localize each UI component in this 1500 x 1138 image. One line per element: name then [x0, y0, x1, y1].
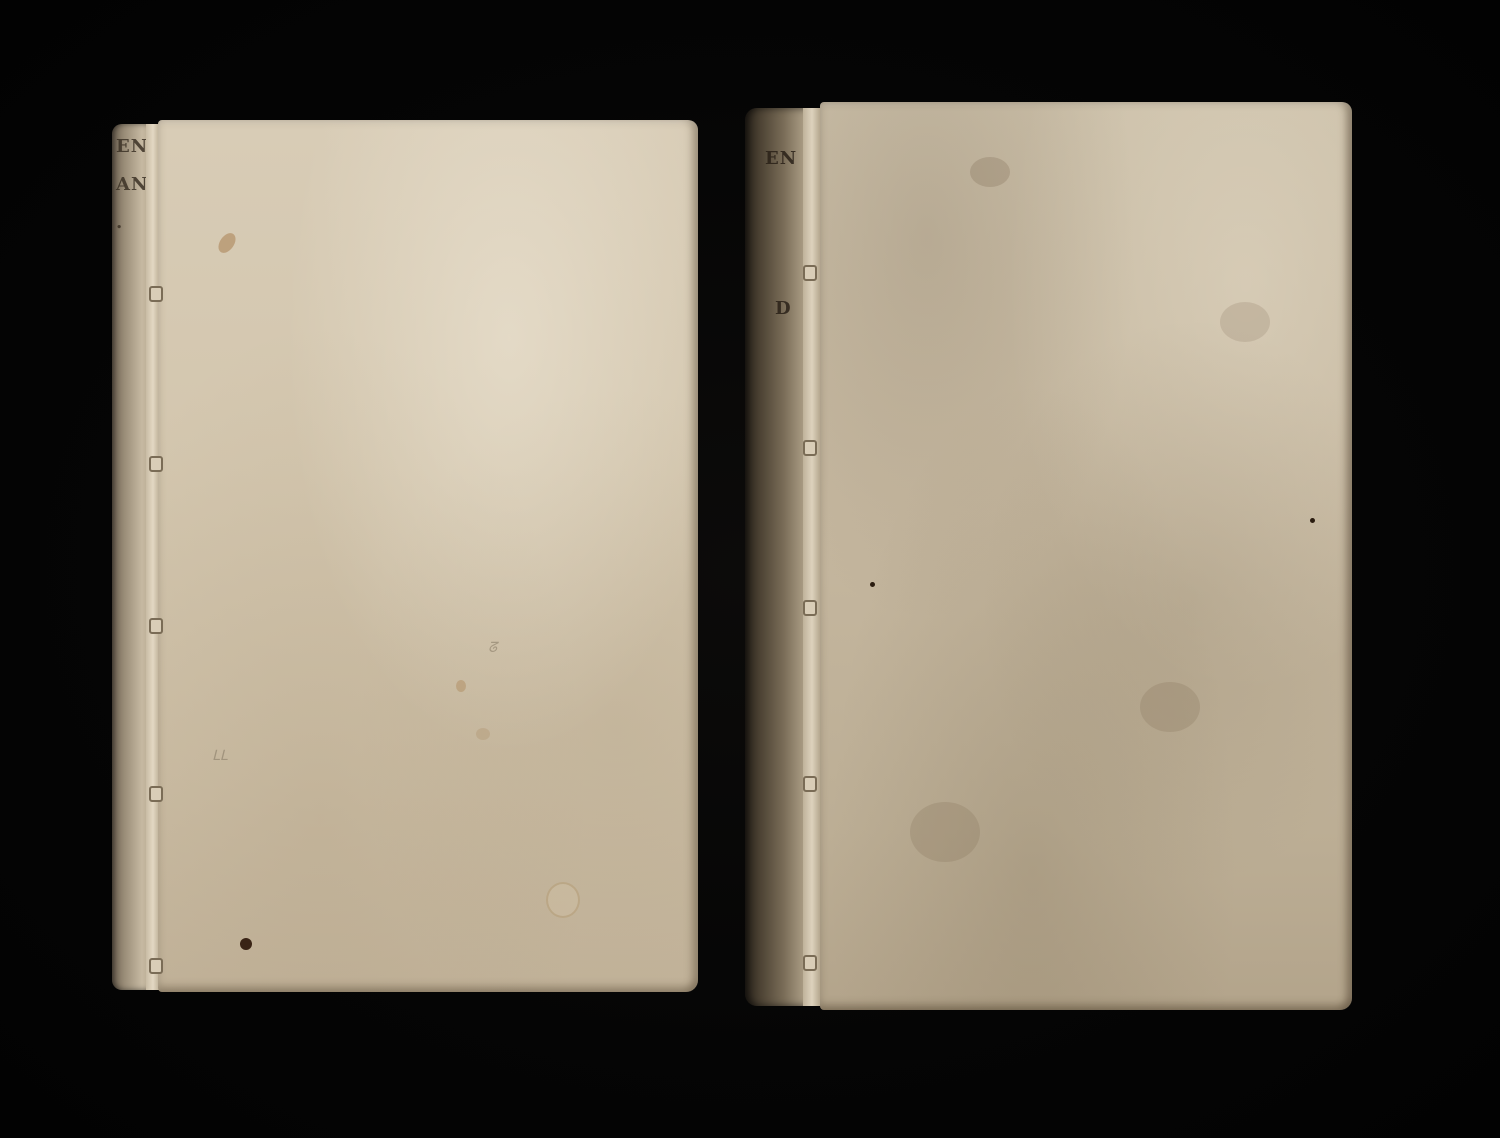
ink-dot	[240, 938, 252, 950]
right-book-spine-ridge	[803, 108, 821, 1006]
binding-tie	[149, 786, 163, 802]
binding-tie	[149, 456, 163, 472]
foxing-spot	[870, 582, 875, 587]
binding-tie	[803, 440, 817, 456]
foxing-spot	[476, 728, 490, 740]
binding-tie	[803, 265, 817, 281]
right-book: EN D	[745, 100, 1355, 1015]
left-book: EN AND . ᘔ ᒪᒪ	[112, 118, 700, 998]
right-spine-text-2: D	[775, 298, 792, 319]
binding-tie	[149, 286, 163, 302]
foxing-spot	[970, 157, 1010, 187]
foxing-spot	[1140, 682, 1200, 732]
foxing-spot	[1310, 518, 1315, 523]
binding-tie	[803, 776, 817, 792]
left-book-front-cover: ᘔ ᒪᒪ	[158, 120, 698, 992]
ink-stain	[215, 230, 239, 256]
binding-tie	[803, 600, 817, 616]
binding-tie	[149, 618, 163, 634]
foxing-spot	[456, 680, 466, 692]
right-book-front-cover	[820, 102, 1352, 1010]
pencil-mark: ᘔ	[488, 640, 497, 656]
binding-tie	[803, 955, 817, 971]
binding-tie	[149, 958, 163, 974]
pencil-mark: ᒪᒪ	[212, 748, 228, 764]
left-spine-text-1: EN	[116, 136, 148, 157]
left-spine-text-3: .	[116, 212, 123, 233]
foxing-spot	[1220, 302, 1270, 342]
water-ring	[546, 882, 580, 918]
foxing-spot	[910, 802, 980, 862]
right-spine-text-1: EN	[765, 148, 797, 169]
